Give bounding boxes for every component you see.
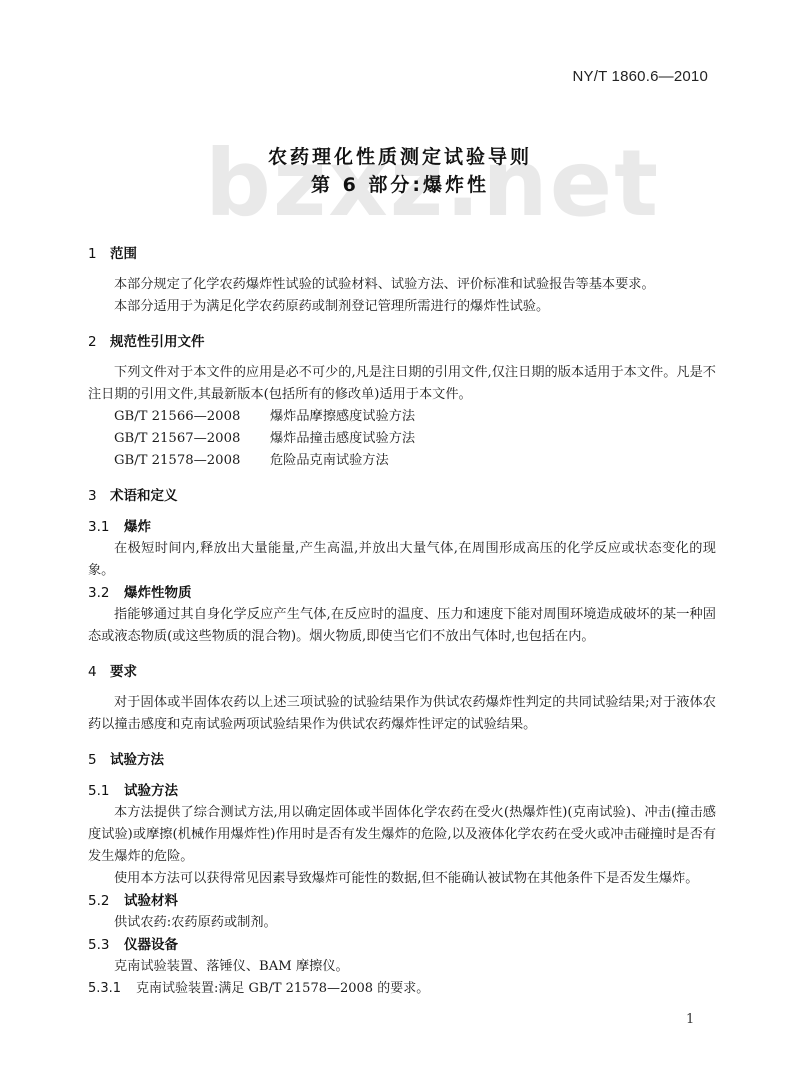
section-heading-4: 4要求 [88,662,716,682]
subsection-heading-3-2: 3.2爆炸性物质 [88,582,716,604]
document-title: 农药理化性质测定试验导则 第 6 部分:爆炸性 [0,143,800,199]
paragraph: 本部分规定了化学农药爆炸性试验的试验材料、试验方法、评价标准和试验报告等基本要求… [88,274,716,296]
paragraph: 下列文件对于本文件的应用是必不可少的,凡是注日期的引用文件,仅注日期的版本适用于… [88,362,716,406]
section-heading-1: 1范围 [88,244,716,264]
paragraph: 克南试验装置、落锤仪、BAM 摩擦仪。 [88,956,716,978]
paragraph: 在极短时间内,释放出大量能量,产生高温,并放出大量气体,在周围形成高压的化学反应… [88,538,716,582]
section-heading-5: 5试验方法 [88,750,716,770]
paragraph: 指能够通过其自身化学反应产生气体,在反应时的温度、压力和速度下能对周围环境造成破… [88,604,716,648]
page-number: 1 [686,1012,694,1027]
reference-item: GB/T 21567—2008爆炸品撞击感度试验方法 [88,428,716,450]
paragraph: 使用本方法可以获得常见因素导致爆炸可能性的数据,但不能确认被试物在其他条件下是否… [88,868,716,890]
paragraph: 供试农药:农药原药或制剂。 [88,912,716,934]
reference-item: GB/T 21566—2008爆炸品摩擦感度试验方法 [88,406,716,428]
reference-item: GB/T 21578—2008危险品克南试验方法 [88,450,716,472]
section-heading-2: 2规范性引用文件 [88,332,716,352]
subsection-heading-5-3: 5.3仪器设备 [88,934,716,956]
subsection-heading-3-1: 3.1爆炸 [88,516,716,538]
section-heading-3: 3术语和定义 [88,486,716,506]
paragraph: 本方法提供了综合测试方法,用以确定固体或半固体化学农药在受火(热爆炸性)(克南试… [88,802,716,868]
subsection-heading-5-2: 5.2试验材料 [88,890,716,912]
title-line-1: 农药理化性质测定试验导则 [0,143,800,171]
document-page: NY/T 1860.6—2010 bzxz.net 农药理化性质测定试验导则 第… [0,0,800,1089]
document-body: 1范围 本部分规定了化学农药爆炸性试验的试验材料、试验方法、评价标准和试验报告等… [88,244,716,1000]
standard-code: NY/T 1860.6—2010 [572,68,708,85]
title-line-2: 第 6 部分:爆炸性 [0,171,800,199]
paragraph: 本部分适用于为满足化学农药原药或制剂登记管理所需进行的爆炸性试验。 [88,296,716,318]
paragraph: 对于固体或半固体农药以上述三项试验的试验结果作为供试农药爆炸性判定的共同试验结果… [88,692,716,736]
subsection-heading-5-1: 5.1试验方法 [88,780,716,802]
clause-5-3-1: 5.3.1克南试验装置:满足 GB/T 21578—2008 的要求。 [88,978,716,1000]
